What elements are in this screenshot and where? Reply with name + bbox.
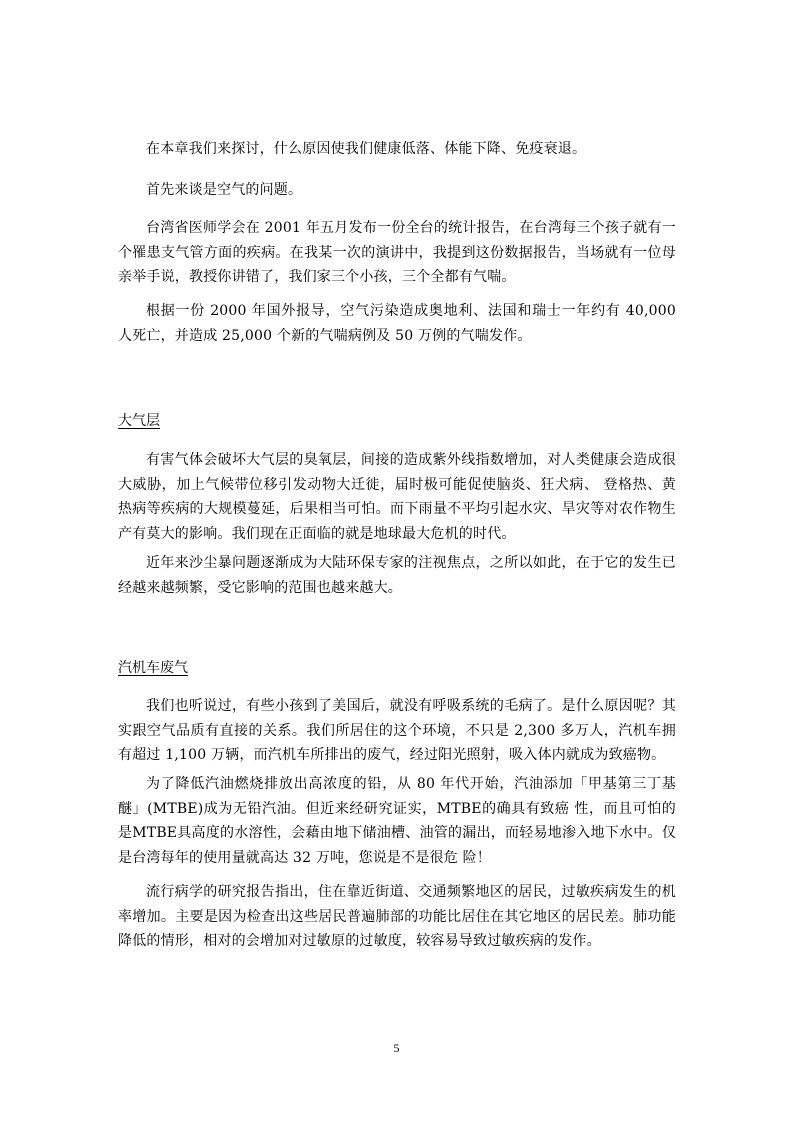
intro-paragraph-4: 根据一份 2000 年国外报导，空气污染造成奥地利、法国和瑞士一年约有 40,0… xyxy=(118,299,676,348)
intro-paragraph-2: 首先来谈是空气的问题。 xyxy=(118,178,676,203)
page-number: 5 xyxy=(0,1041,793,1056)
intro-paragraph-3: 台湾省医师学会在 2001 年五月发布一份全台的统计报告，在台湾每三个孩子就有一… xyxy=(118,216,676,290)
intro-paragraph-1: 在本章我们来探讨，什么原因使我们健康低落、体能下降、免疫衰退。 xyxy=(118,137,676,162)
section-heading-atmosphere: 大气层 xyxy=(118,411,160,431)
atmosphere-paragraph-1: 有害气体会破坏大气层的臭氧层，间接的造成紫外线指数增加，对人类健康会造成很大威胁… xyxy=(118,448,676,546)
exhaust-paragraph-2: 为了降低汽油燃烧排放出高浓度的铅，从 80 年代开始，汽油添加「甲基第三丁基醚」… xyxy=(118,772,676,870)
exhaust-paragraph-1: 我们也听说过，有些小孩到了美国后，就没有呼吸系统的毛病了。是什么原因呢？其实跟空… xyxy=(118,694,676,768)
exhaust-paragraph-3: 流行病学的研究报告指出，住在靠近街道、交通频繁地区的居民，过敏疾病发生的机率增加… xyxy=(118,880,676,954)
atmosphere-paragraph-2: 近年来沙尘暴问题逐渐成为大陆环保专家的注视焦点，之所以如此，在于它的发生已经越来… xyxy=(118,551,676,600)
section-heading-vehicle-exhaust: 汽机车废气 xyxy=(118,658,188,678)
